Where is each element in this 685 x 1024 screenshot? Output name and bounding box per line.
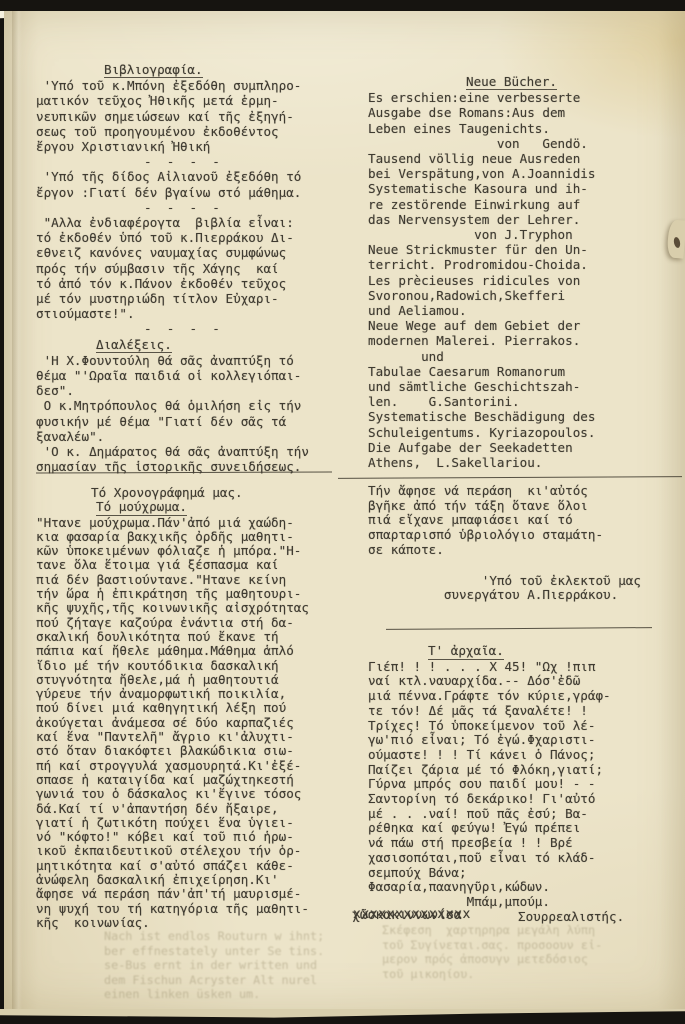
lectures-body: 'Η Χ.Φουντούλη θά σᾶς ἀναπτύξη τόθέμα "'…	[36, 353, 364, 475]
dash-separator: - - - -	[144, 321, 364, 336]
ancients-heading: Τ' ἀρχαῖα.	[428, 644, 504, 660]
bleedthrough-greek: Σκέφεση χαρτηρηρα μεγάλη λύπητοῦ Συγίνετ…	[382, 923, 602, 981]
left-column-upper: Βιβλιογραφία. 'Υπό τοῦ κ.Μπόνη ἐξεδόθη σ…	[36, 62, 364, 474]
dash-separator: - - - -	[144, 154, 364, 169]
bibliography-paragraph-2: 'Υπό τῆς δίδος Αἰλιανοῦ ἐξεδόθη τόἔργον …	[36, 169, 364, 199]
new-books-heading: Neue Bücher.	[466, 74, 557, 90]
x-overstrike: xxxxxxxxxxxxxx	[353, 907, 471, 922]
bibliography-section: Βιβλιογραφία. 'Υπό τοῦ κ.Μπόνη ἐξεδόθη σ…	[36, 62, 364, 337]
new-books-list: Es erschien:eine verbesserteAusgabe dse …	[368, 90, 680, 470]
scanner-edge-top	[0, 0, 685, 11]
bibliography-paragraph-3: "Αλλα ἐνδιαφέρογτα βιβλία εἶναι:τό ἐκδοθ…	[36, 215, 364, 321]
chronicle-body: "Ητανε μούχρωμα.Πάν'ἀπό μιά χαώδη-κια φα…	[36, 516, 372, 931]
left-fold-crease	[12, 11, 22, 1011]
chronicle-credit: 'Υπό τοῦ ἐκλεκτοῦ μας συνεργάτου Α.Πιερρ…	[368, 574, 680, 603]
ancients-body: Γιέπ! ! ! . . . Χ 45! "Ωχ !πιπναί κτλ.να…	[368, 660, 680, 910]
chronicle-continuation-body: Τήν ἄφησε νά περάση κι'αὐτόςβγῆκε ἀπό τή…	[368, 484, 680, 558]
lectures-heading: Διαλέξεις.	[96, 337, 172, 353]
lectures-section: Διαλέξεις. 'Η Χ.Φουντούλη θά σᾶς ἀναπτύξ…	[36, 337, 364, 475]
ancients-section: Τ' ἀρχαῖα. Γιέπ! ! ! . . . Χ 45! "Ωχ !πι…	[368, 644, 680, 924]
crossed-out-word: χῶσκακιννωνίσα xxxxxxxxxxxxxx	[352, 908, 462, 923]
surrealist-signature: Σουρρεαλιστής.	[518, 910, 680, 925]
bibliography-heading: Βιβλιογραφία.	[104, 62, 203, 78]
dash-separator: - - - -	[144, 200, 364, 215]
bibliography-paragraph-1: 'Υπό τοῦ κ.Μπόνη ἐξεδόθη συμπληρο-ματικό…	[36, 78, 364, 154]
new-books-section: Neue Bücher. Es erschien:eine verbessert…	[368, 74, 680, 470]
chronicle-section: Τό Χρονογράφημά μας. Τό μούχρωμα. "Ητανε…	[36, 486, 372, 930]
chronicle-kicker: Τό Χρονογράφημά μας.	[91, 486, 372, 500]
chronicle-heading: Τό μούχρωμα.	[96, 500, 187, 515]
scanned-newspaper-page: Nach ist endlos Routurn w ihnt;ber effne…	[0, 0, 685, 1024]
bleedthrough-german: Nach ist endlos Routurn w ihnt;ber effne…	[104, 929, 324, 1002]
chronicle-continuation: Τήν ἄφησε νά περάση κι'αὐτόςβγῆκε ἀπό τή…	[368, 484, 680, 603]
